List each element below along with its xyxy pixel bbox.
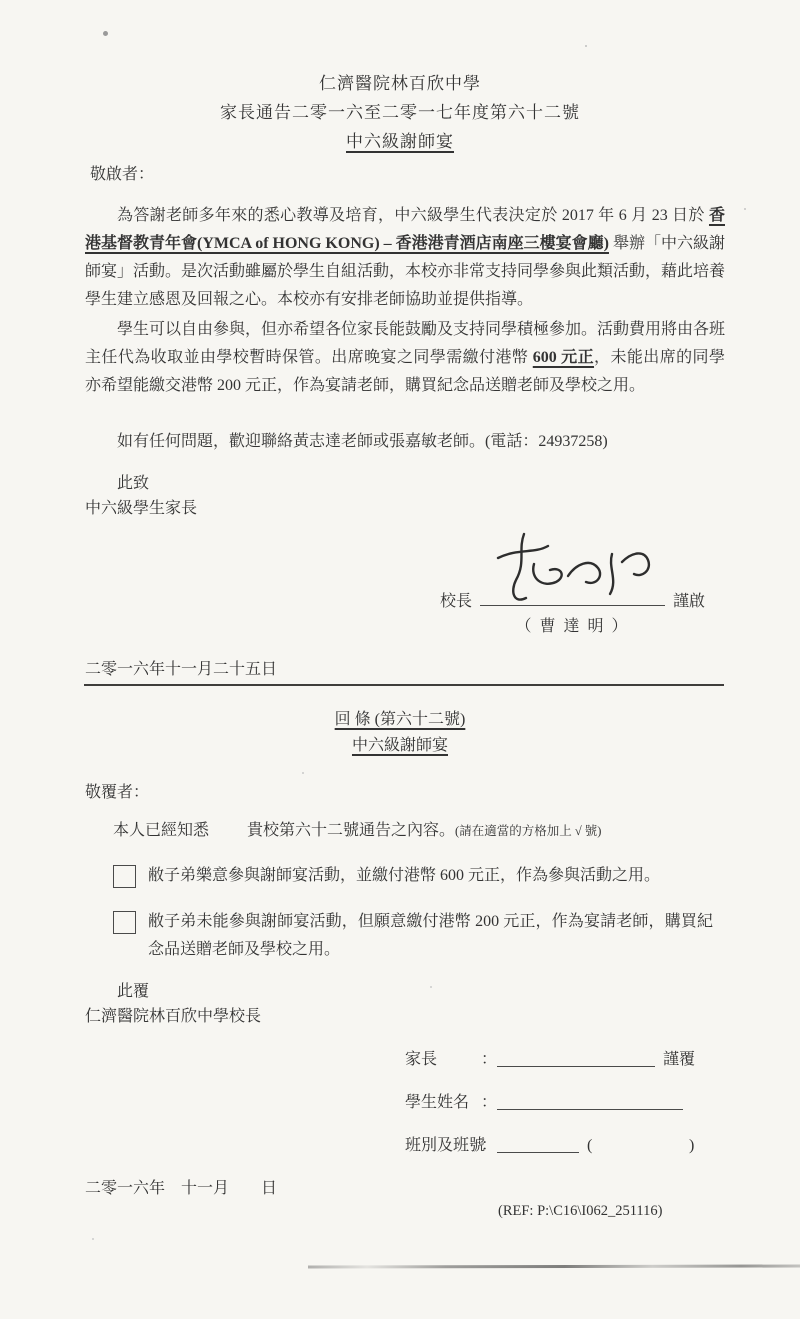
notice-date: 二零一六年十一月二十五日 (85, 656, 277, 684)
notice-number-title: 家長通告二零一六至二零一七年度第六十二號 (0, 99, 800, 127)
option-attend-text: 敝子弟樂意參與謝師宴活動，並繳付港幣 600 元正，作為參與活動之用。 (148, 862, 713, 890)
option-attend-row: 敝子弟樂意參與謝師宴活動，並繳付港幣 600 元正，作為參與活動之用。 (85, 862, 725, 890)
closing-addressee: 中六級學生家長 (85, 495, 197, 523)
file-reference: (REF: P:\C16\I062_251116) (498, 1197, 662, 1225)
parent-signature-line (497, 1046, 655, 1067)
notice-subject: 中六級謝師宴 (346, 132, 454, 151)
reply-date: 二零一六年 十一月 日 (85, 1175, 277, 1203)
paragraph-venue: 為答謝老師多年來的悉心教導及培育，中六級學生代表決定於 2017 年 6 月 2… (85, 202, 725, 314)
class-line (497, 1132, 579, 1153)
class-field-label: 班別及班號 (405, 1132, 485, 1160)
class-paren-close: ) (689, 1132, 694, 1160)
reply-slip-title: 回 條 (第六十二號) (335, 711, 466, 728)
scanned-notice-page: 仁濟醫院林百欣中學 家長通告二零一六至二零一七年度第六十二號 中六級謝師宴 敬啟… (0, 0, 800, 1319)
student-name-field-row: 學生姓名 ： (405, 1089, 715, 1117)
scan-speck (585, 45, 587, 47)
option-attend-checkbox[interactable] (113, 865, 136, 888)
parent-field-label: 家長 (405, 1046, 437, 1074)
ack-tick-note: (請在適當的方格加上 √ 號) (455, 824, 601, 838)
reply-closing-addressee: 仁濟醫院林百欣中學校長 (85, 1003, 261, 1031)
student-name-label: 學生姓名 (405, 1089, 469, 1117)
scan-speck (744, 208, 746, 210)
school-name: 仁濟醫院林百欣中學 (0, 70, 800, 98)
parent-field-row: 家長 ： 謹覆 (405, 1046, 715, 1074)
paragraph-contact: 如有任何問題，歡迎聯絡黃志達老師或張嘉敏老師。(電話：24937258) (85, 428, 725, 456)
class-field-row: 班別及班號 ： ( ) (405, 1132, 715, 1160)
principal-name: （ 曹 達 明 ） (480, 613, 665, 641)
reply-closing-cifu: 此覆 (117, 978, 149, 1006)
signature-honorific: 謹啟 (673, 588, 705, 616)
scan-speck (302, 772, 304, 774)
student-name-line (497, 1089, 683, 1110)
class-paren-open: ( (587, 1132, 592, 1160)
signature-line (480, 585, 665, 606)
reply-salutation: 敬覆者： (85, 779, 149, 807)
scan-speck (103, 31, 108, 36)
option-not-attend-row: 敝子弟未能參與謝師宴活動，但願意繳付港幣 200 元正，作為宴請老師，購買紀念品… (85, 908, 725, 964)
scan-artifact-line (308, 1264, 800, 1268)
salutation: 敬啟者： (90, 161, 154, 189)
parent-field-colon: ： (481, 1046, 497, 1074)
acknowledgement-line: 本人已經知悉貴校第六十二號通告之內容。(請在適當的方格加上 √ 號) (113, 817, 713, 845)
paragraph-venue-lead: 為答謝老師多年來的悉心教導及培育，中六級學生代表決定於 2017 年 6 月 2… (117, 207, 709, 224)
scan-speck (430, 986, 432, 988)
option-not-attend-checkbox[interactable] (113, 911, 136, 934)
class-field-colon: ： (481, 1132, 497, 1160)
closing-cizhi: 此致 (117, 470, 149, 498)
section-divider (84, 684, 724, 686)
ack-prefix: 本人已經知悉 (113, 822, 209, 839)
option-not-attend-text: 敝子弟未能參與謝師宴活動，但願意繳付港幣 200 元正，作為宴請老師，購買紀念品… (148, 908, 713, 964)
signature-role-label: 校長 (440, 588, 472, 616)
scan-speck (92, 1238, 94, 1240)
fee-amount: 600 元正 (533, 349, 594, 366)
paragraph-fees: 學生可以自由參與，但亦希望各位家長能鼓勵及支持同學積極參加。活動費用將由各班主任… (85, 316, 725, 400)
parent-honorific: 謹覆 (663, 1046, 695, 1074)
reply-slip-subject: 中六級謝師宴 (352, 737, 448, 754)
student-name-colon: ： (481, 1089, 497, 1117)
ack-main: 貴校第六十二號通告之內容。 (247, 822, 455, 839)
